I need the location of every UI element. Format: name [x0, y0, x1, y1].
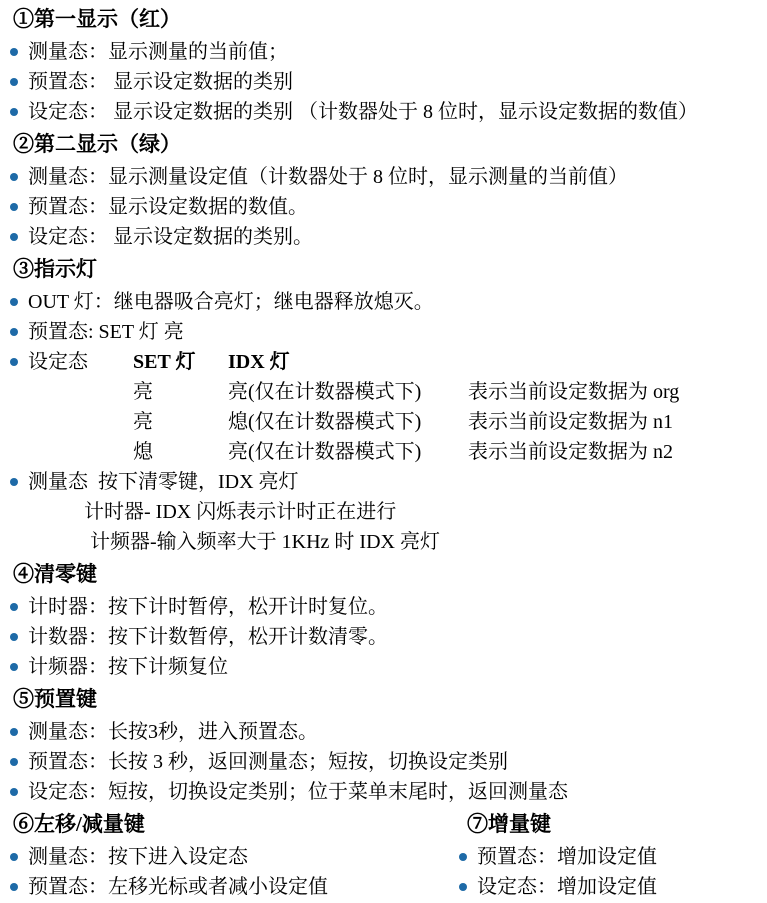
measure-state-text: 按下清零键，IDX 亮灯 [98, 467, 761, 497]
bullet-icon [10, 108, 18, 116]
bullet-icon [10, 758, 18, 766]
idx-value: 亮(仅在计数器模式下) [228, 377, 468, 407]
set-value: 亮 [133, 407, 228, 437]
section-heading-clear-key: ④清零键 [10, 557, 761, 592]
bullet-text: 计数器：按下计数暂停，松开计数清零。 [28, 622, 761, 652]
bullet-icon [10, 78, 18, 86]
section-heading-increment-key: ⑦增量键 [457, 807, 761, 842]
bullet-item: 计时器：按下计时暂停，松开计时复位。 [10, 592, 761, 622]
bullet-item: 设定态： 显示设定数据的类别。 [10, 222, 761, 252]
bullet-icon [10, 478, 18, 486]
bullet-text: 设定态：短按，切换设定类别；位于菜单末尾时，返回测量态 [28, 777, 761, 807]
indicator-table-header: 设定态 SET 灯 IDX 灯 [10, 347, 761, 377]
bullet-item: 测量态：显示测量设定值（计数器处于 8 位时，显示测量的当前值） [10, 162, 761, 192]
bullet-item: 预置态：左移光标或者减小设定值 [10, 872, 457, 902]
footer-left-column: ⑥左移/减量键 测量态：按下进入设定态 预置态：左移光标或者减小设定值 [10, 807, 457, 902]
set-value: 亮 [133, 377, 228, 407]
bullet-item: 测量态：按下进入设定态 [10, 842, 457, 872]
indicator-table-row: 亮 亮(仅在计数器模式下) 表示当前设定数据为 org [10, 377, 761, 407]
section-heading-preset-key: ⑤预置键 [10, 682, 761, 717]
row-description: 表示当前设定数据为 org [468, 377, 761, 407]
indicator-table-row: 亮 熄(仅在计数器模式下) 表示当前设定数据为 n1 [10, 407, 761, 437]
set-column-header: SET 灯 [133, 347, 228, 377]
bullet-text: 预置态: SET 灯 亮 [28, 317, 761, 347]
bullet-item: 设定态：短按，切换设定类别；位于菜单末尾时，返回测量态 [10, 777, 761, 807]
bullet-icon [10, 328, 18, 336]
bullet-text: 设定态： 显示设定数据的类别。 [28, 222, 761, 252]
section-heading-first-display: ①第一显示（红） [10, 2, 761, 37]
section-heading-left-shift-key: ⑥左移/减量键 [10, 807, 457, 842]
bullet-text: 测量态：按下进入设定态 [28, 842, 457, 872]
bullet-text: 预置态：增加设定值 [477, 842, 761, 872]
bullet-icon [10, 48, 18, 56]
bullet-item: 计数器：按下计数暂停，松开计数清零。 [10, 622, 761, 652]
bullet-icon [459, 883, 467, 891]
bullet-text: 测量态：显示测量的当前值； [28, 37, 761, 67]
bullet-item: 预置态：长按 3 秒，返回测量态；短按，切换设定类别 [10, 747, 761, 777]
bullet-icon [10, 203, 18, 211]
idx-value: 熄(仅在计数器模式下) [228, 407, 468, 437]
measure-state-label: 测量态 [28, 467, 98, 497]
bullet-item: 设定态： 显示设定数据的类别 （计数器处于 8 位时，显示设定数据的数值） [10, 97, 761, 127]
measure-state-line: 测量态 按下清零键，IDX 亮灯 [10, 467, 761, 497]
bullet-icon [10, 853, 18, 861]
bullet-item: 预置态：显示设定数据的数值。 [10, 192, 761, 222]
bullet-icon [10, 233, 18, 241]
bullet-item: 设定态：增加设定值 [457, 872, 761, 902]
bullet-text: 计时器：按下计时暂停，松开计时复位。 [28, 592, 761, 622]
manual-page: ①第一显示（红） 测量态：显示测量的当前值； 预置态： 显示设定数据的类别 设定… [0, 0, 767, 903]
bullet-text: 设定态： 显示设定数据的类别 （计数器处于 8 位时，显示设定数据的数值） [28, 97, 761, 127]
row-description: 表示当前设定数据为 n2 [468, 437, 761, 467]
measure-state-line: 计时器- IDX 闪烁表示计时正在进行 [10, 497, 761, 527]
set-value: 熄 [133, 437, 228, 467]
bullet-item: 预置态： 显示设定数据的类别 [10, 67, 761, 97]
bullet-text: 测量态：长按3秒，进入预置态。 [28, 717, 761, 747]
bullet-icon [10, 788, 18, 796]
two-column-footer: ⑥左移/减量键 测量态：按下进入设定态 预置态：左移光标或者减小设定值 ⑦增量键… [10, 807, 761, 902]
bullet-text: 预置态：长按 3 秒，返回测量态；短按，切换设定类别 [28, 747, 761, 777]
bullet-item: OUT 灯：继电器吸合亮灯；继电器释放熄灭。 [10, 287, 761, 317]
bullet-icon [459, 853, 467, 861]
bullet-icon [10, 358, 18, 366]
indicator-table-row: 熄 亮(仅在计数器模式下) 表示当前设定数据为 n2 [10, 437, 761, 467]
bullet-text: 预置态：左移光标或者减小设定值 [28, 872, 457, 902]
bullet-item: 预置态：增加设定值 [457, 842, 761, 872]
bullet-icon [10, 663, 18, 671]
idx-value: 亮(仅在计数器模式下) [228, 437, 468, 467]
bullet-icon [10, 728, 18, 736]
bullet-text: 设定态：增加设定值 [477, 872, 761, 902]
bullet-item: 预置态: SET 灯 亮 [10, 317, 761, 347]
bullet-icon [10, 883, 18, 891]
bullet-icon [10, 603, 18, 611]
idx-column-header: IDX 灯 [228, 347, 290, 377]
bullet-icon [10, 173, 18, 181]
set-state-label: 设定态 [28, 347, 133, 377]
bullet-icon [10, 298, 18, 306]
row-description: 表示当前设定数据为 n1 [468, 407, 761, 437]
bullet-text: 预置态： 显示设定数据的类别 [28, 67, 761, 97]
bullet-icon [10, 633, 18, 641]
bullet-text: 计频器：按下计频复位 [28, 652, 761, 682]
section-heading-second-display: ②第二显示（绿） [10, 127, 761, 162]
bullet-item: 测量态：长按3秒，进入预置态。 [10, 717, 761, 747]
measure-state-line: 计频器-输入频率大于 1KHz 时 IDX 亮灯 [10, 527, 761, 557]
bullet-text: 预置态：显示设定数据的数值。 [28, 192, 761, 222]
footer-right-column: ⑦增量键 预置态：增加设定值 设定态：增加设定值 [457, 807, 761, 902]
bullet-text: 测量态：显示测量设定值（计数器处于 8 位时，显示测量的当前值） [28, 162, 761, 192]
bullet-item: 测量态：显示测量的当前值； [10, 37, 761, 67]
section-heading-indicator-lights: ③指示灯 [10, 252, 761, 287]
bullet-item: 计频器：按下计频复位 [10, 652, 761, 682]
bullet-text: OUT 灯：继电器吸合亮灯；继电器释放熄灭。 [28, 287, 761, 317]
